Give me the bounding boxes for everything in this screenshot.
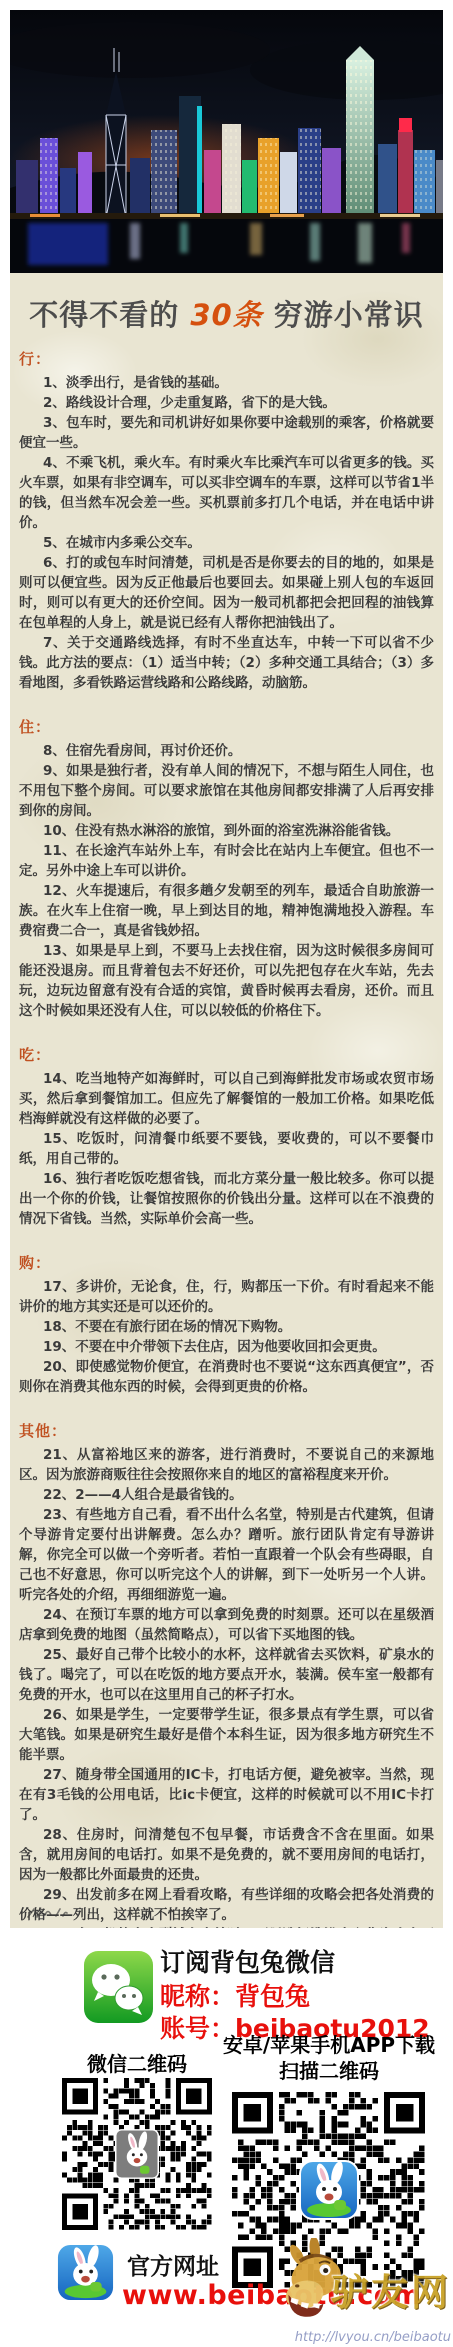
skyline-illustration: [10, 10, 443, 273]
section-label: 购：: [19, 1253, 434, 1273]
tip-item: 1、淡季出行，是省钱的基础。: [19, 373, 434, 393]
section-label: 其他：: [19, 1421, 434, 1441]
tip-item: 9、如果是独行者，没有单人间的情况下，不想与陌生人同住，也不用包下整个房间。可以…: [19, 761, 434, 821]
tip-item: 12、火车提速后，有很多趟夕发朝至的列车，最适合自助旅游一族。在火车上住宿一晚，…: [19, 881, 434, 941]
tip-item: 13、如果是早上到，不要马上去找住宿，因为这时候很多房间可能还没退房。而且背着包…: [19, 941, 434, 1021]
tip-item: 4、不乘飞机，乘火车。有时乘火车比乘汽车可以省更多的钱。买火车票，如果有非空调车…: [19, 453, 434, 533]
content-card: 不得不看的 30条 穷游小常识 行：1、淡季出行，是省钱的基础。2、路线设计合理…: [10, 10, 443, 1928]
beibaotu-rabbit-app-icon: [57, 2244, 114, 2301]
tip-item: 28、住房时，问清楚包不包早餐，市话费含不含在里面。如果含，就用房间的电话打。如…: [19, 1825, 434, 1885]
tip-item: 19、不要在中介带领下去住店，因为他要收回扣会更贵。: [19, 1337, 434, 1357]
tip-item: 14、吃当地特产如海鲜时，可以自己到海鲜批发市场或农贸市场买，然后拿到餐馆加工。…: [19, 1069, 434, 1129]
tip-item: 18、不要在有旅行团在场的情况下购物。: [19, 1317, 434, 1337]
signature-scribble: [26, 1906, 68, 1920]
wechat-icon: [83, 1950, 154, 2024]
tip-item: 8、住宿先看房间，再讨价还价。: [19, 741, 434, 761]
wechat-qr-label: 微信二维码: [62, 2048, 212, 2077]
footer: 订阅背包兔微信 昵称：背包兔 账号：beibaotu2012 安卓/苹果手机AP…: [0, 1928, 453, 2347]
tips-panel: 不得不看的 30条 穷游小常识 行：1、淡季出行，是省钱的基础。2、路线设计合理…: [10, 273, 443, 1928]
official-site-label: 官方网址: [127, 2248, 219, 2281]
tip-item: 11、在长途汽车站外上车，有时会比在站内上车便宜。但也不一定。另外中途上车可以讲…: [19, 841, 434, 881]
title-suffix: 穷游小常识: [263, 298, 424, 332]
tip-item: 29、出发前多在网上看看攻略，有些详细的攻略会把各处消费的价格——列出，这样就不…: [19, 1885, 434, 1925]
tips-sections: 行：1、淡季出行，是省钱的基础。2、路线设计合理，少走重复路，省下的是大钱。3、…: [19, 349, 434, 1928]
beibaotu-rabbit-logo-gray: [115, 2128, 159, 2180]
title-prefix: 不得不看的: [29, 298, 190, 332]
beibaotu-rabbit-logo-blue: [299, 2160, 359, 2220]
ifc-tower: [346, 46, 374, 218]
app-download-line2: 扫描二维码: [218, 2058, 440, 2084]
tip-item: 22、2——4人组合是最省钱的。: [19, 1485, 434, 1505]
tip-item: 21、从富裕地区来的游客，进行消费时，不要说自己的来源地区。因为旅游商贩往往会按…: [19, 1445, 434, 1485]
section-label: 吃：: [19, 1045, 434, 1065]
tip-item: 10、住没有热水淋浴的旅馆，到外面的浴室洗淋浴能省钱。: [19, 821, 434, 841]
wechat-nickname: 昵称：背包兔: [160, 1982, 310, 2012]
app-download-line1: 安卓/苹果手机APP下载: [218, 2032, 440, 2058]
tip-item: 25、最好自己带个比较小的水杯，这样就省去买饮料，矿泉水的钱了。喝完了，可以在吃…: [19, 1645, 434, 1705]
app-download-caption: 安卓/苹果手机APP下载 扫描二维码: [218, 2032, 440, 2084]
tip-item: 6、打的或包车时问清楚，司机是否是你要去的目的地的，如果是则可以便宜些。因为反正…: [19, 553, 434, 633]
tip-item: 3、包车时，要先和司机讲好如果你要中途载别的乘客，价格就要便宜一些。: [19, 413, 434, 453]
section-label: 住：: [19, 717, 434, 737]
tip-item: 20、即使感觉物价便宜，在消费时也不要说“这东西真便宜”，否则你在消费其他东西的…: [19, 1357, 434, 1397]
hongkong-skyline-photo: [10, 10, 443, 273]
section-label: 行：: [19, 349, 434, 369]
tip-item: 24、在预订车票的地方可以拿到免费的时刻票。还可以在星级酒店拿到免费的地图（虽然…: [19, 1605, 434, 1645]
lvyou-watermark: 驴友网 http://lvyou.cn/beibaotu: [268, 2236, 453, 2347]
tip-item: 26、如果是学生，一定要带学生证，很多景点有学生票，可以省大笔钱。如果是研究生最…: [19, 1705, 434, 1765]
tip-item: 2、路线设计合理，少走重复路，省下的是大钱。: [19, 393, 434, 413]
title-highlight: 30条: [190, 298, 262, 332]
watermark-url: http://lvyou.cn/beibaotu: [295, 2330, 451, 2345]
page-title: 不得不看的 30条 穷游小常识: [19, 295, 434, 335]
tip-item: 15、吃饭时，问清餐巾纸要不要钱，要收费的，可以不要餐巾纸，用自己带的。: [19, 1129, 434, 1169]
tip-item: 5、在城市内多乘公交车。: [19, 533, 434, 553]
tip-item: 23、有些地方自己看，看不出什么名堂，特别是古代建筑，但请个导游肯定要付出讲解费…: [19, 1505, 434, 1605]
tip-item: 16、独行者吃饭吃想省钱，而北方菜分量一般比较多。你可以提出一个你的价钱，让餐馆…: [19, 1169, 434, 1229]
tip-item: 27、随身带全国通用的IC卡，打电话方便，避免被宰。当然，现在有3毛钱的公用电话…: [19, 1765, 434, 1825]
wechat-qr-code: [62, 2078, 212, 2230]
tip-item: 7、关于交通路线选择，有时不坐直达车，中转一下可以省不少钱。此方法的要点：（1）…: [19, 633, 434, 693]
tip-item: 17、多讲价，无论食，住，行，购都压一下价。有时看起来不能讲价的地方其实还是可以…: [19, 1277, 434, 1317]
wechat-subscribe-title: 订阅背包兔微信: [160, 1948, 335, 1978]
watermark-site-name: 驴友网: [331, 2262, 451, 2316]
